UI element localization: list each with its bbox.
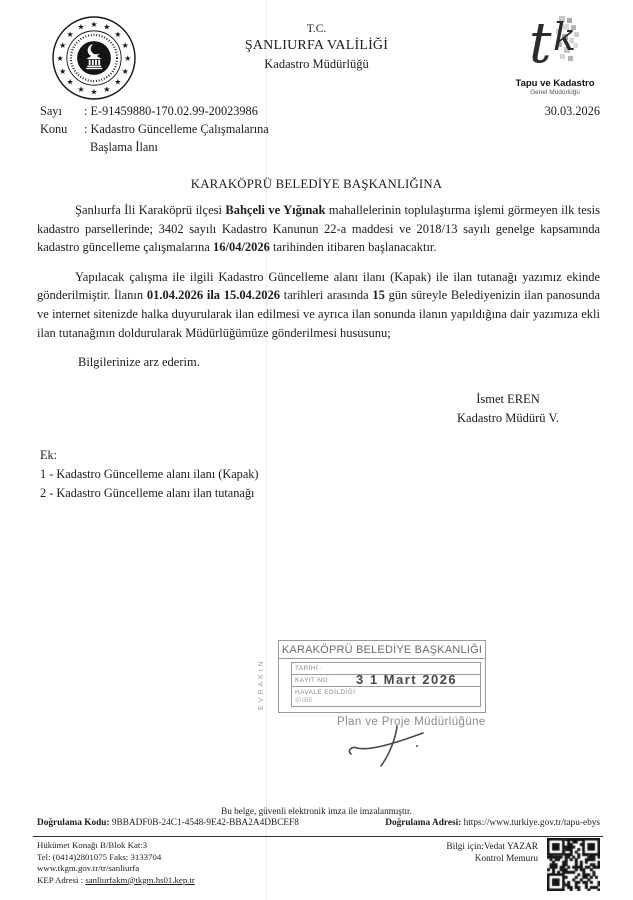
address-line: Hükümet Konağı B/Blok Kat:3 <box>37 840 195 852</box>
konu-row: Konu : Kadastro Güncelleme Çalışmalarına <box>40 120 600 138</box>
verify-address: Doğrulama Adresi: https://www.turkiye.go… <box>385 818 600 828</box>
tk-logo-title: Tapu ve Kadastro <box>505 78 605 89</box>
handwritten-signature-icon <box>345 724 437 775</box>
stamp-title: KARAKÖPRÜ BELEDİYE BAŞKANLIĞI <box>279 641 485 659</box>
tk-logo-subtitle: Genel Müdürlüğü <box>505 89 605 96</box>
stamp-row-havale: HAVALE EDİLDİĞİ ŞUBE <box>292 687 480 706</box>
document-meta: 30.03.2026 Sayı : E-91459880-170.02.99-2… <box>40 102 600 156</box>
kep-label: KEP Adresi : <box>37 875 85 885</box>
verify-address-label: Doğrulama Adresi: <box>385 818 461 828</box>
letterhead-office: ŞANLIURFA VALİLİĞİ <box>150 37 483 55</box>
letterhead-tc: T.C. <box>150 22 483 37</box>
body-paragraph-2: Yapılacak çalışma ile ilgili Kadastro Gü… <box>37 268 600 342</box>
document-date: 30.03.2026 <box>545 102 600 120</box>
svg-text:★: ★ <box>90 88 97 97</box>
verify-code-value: 9BBADF0B-24C1-4548-9E42-BBA2A4DBCEF8 <box>110 818 299 828</box>
verify-address-value: https://www.turkiye.gov.tr/tapu-ebys <box>461 818 600 828</box>
letterhead-department: Kadastro Müdürlüğü <box>150 56 483 73</box>
signature-block: İsmet EREN Kadastro Müdürü V. <box>423 390 593 427</box>
verify-row: Doğrulama Kodu: 9BBADF0B-24C1-4548-9E42-… <box>37 818 600 828</box>
p1-text-1: Şanlıurfa İli Karaköprü ilçesi <box>75 203 225 217</box>
sayi-label: Sayı <box>40 102 84 120</box>
municipality-received-stamp: KARAKÖPRÜ BELEDİYE BAŞKANLIĞI TARİHİ : K… <box>278 640 486 713</box>
stamp-vertical-text: EVRAKIN <box>258 660 265 710</box>
signer-title: Kadastro Müdürü V. <box>423 409 593 428</box>
qr-code <box>547 838 600 891</box>
konu-label: Konu <box>40 120 84 138</box>
verify-code-label: Doğrulama Kodu: <box>37 818 110 828</box>
stamp-table: TARİHİ : KAYIT NO : HAVALE EDİLDİĞİ ŞUBE… <box>291 662 481 707</box>
letter-body: Şanlıurfa İli Karaköprü ilçesi Bahçeli v… <box>37 201 600 372</box>
address-line: Tel: (0414)2801075 Faks: 3133704 <box>37 852 195 864</box>
svg-text:★: ★ <box>59 41 66 50</box>
sayi-row: Sayı : E-91459880-170.02.99-20023986 <box>40 102 600 120</box>
svg-text:★: ★ <box>77 85 84 94</box>
svg-text:★: ★ <box>77 23 84 32</box>
contact-block: Bilgi için:Vedat YAZAR Kontrol Memuru <box>446 842 538 865</box>
p1-text-3: tarihinden itibaren başlanacaktır. <box>270 240 437 254</box>
address-line: www.tkgm.gov.tr/tr/sanliurfa <box>37 863 195 875</box>
contact-title: Kontrol Memuru <box>446 854 538 866</box>
esign-note: Bu belge, güvenli elektronik imza ile im… <box>0 806 633 816</box>
sayi-value: : E-91459880-170.02.99-20023986 <box>84 102 258 120</box>
p1-bold-1: Bahçeli ve Yığınak <box>225 203 325 217</box>
stamp-sube-label: ŞUBE <box>295 698 477 704</box>
stamp-havale-label: HAVALE EDİLDİĞİ <box>295 689 477 696</box>
p1-bold-2: 16/04/2026 <box>213 240 270 254</box>
office-address-block: Hükümet Konağı B/Blok Kat:3 Tel: (0414)2… <box>37 840 195 886</box>
svg-text:★: ★ <box>90 20 97 29</box>
kep-address-line: KEP Adresi : sanliurfakm@tkgm.hs01.kep.t… <box>37 875 195 887</box>
kep-value: sanliurfakm@tkgm.hs01.kep.tr <box>85 875 195 885</box>
body-paragraph-1: Şanlıurfa İli Karaköprü ilçesi Bahçeli v… <box>37 201 600 257</box>
attachments-label: Ek: <box>40 446 259 465</box>
recipient-title: KARAKÖPRÜ BELEDİYE BAŞKANLIĞINA <box>0 177 633 192</box>
tapu-kadastro-logo: t k Tapu ve Kadastro Genel Müdürlüğü <box>505 14 605 96</box>
svg-text:t: t <box>529 14 552 72</box>
svg-text:★: ★ <box>114 30 121 39</box>
svg-text:★: ★ <box>114 78 121 87</box>
tk-monogram-icon: t k <box>519 14 591 72</box>
svg-text:★: ★ <box>103 23 110 32</box>
attachment-item: 1 - Kadastro Güncelleme alanı ilanı (Kap… <box>40 465 259 484</box>
svg-text:★: ★ <box>122 41 129 50</box>
government-seal-icon: ★★★★★★★★★★★★★★★★ <box>52 16 136 105</box>
verify-code: Doğrulama Kodu: 9BBADF0B-24C1-4548-9E42-… <box>37 818 299 828</box>
svg-text:★: ★ <box>59 67 66 76</box>
p2-text-2: tarihleri arasında <box>280 288 372 302</box>
svg-text:★: ★ <box>124 54 131 63</box>
svg-text:k: k <box>553 15 576 59</box>
svg-text:★: ★ <box>57 54 64 63</box>
p2-bold-2: 15 <box>372 288 385 302</box>
svg-text:★: ★ <box>66 78 73 87</box>
closing-line: Bilgilerinize arz ederim. <box>37 353 600 372</box>
konu-value-line1: : Kadastro Güncelleme Çalışmalarına <box>84 120 269 138</box>
letterhead: T.C. ŞANLIURFA VALİLİĞİ Kadastro Müdürlü… <box>150 22 483 72</box>
svg-text:★: ★ <box>66 30 73 39</box>
document-page: ★★★★★★★★★★★★★★★★ T.C. ŞANLIURFA VALİLİĞİ… <box>0 0 633 900</box>
konu-value-line2: Başlama İlanı <box>90 138 600 156</box>
svg-text:★: ★ <box>103 85 110 94</box>
p2-bold-1: 01.04.2026 ila 15.04.2026 <box>147 288 280 302</box>
contact-name: Bilgi için:Vedat YAZAR <box>446 842 538 854</box>
stamp-date: 3 1 Mart 2026 <box>356 672 457 687</box>
footer-divider <box>33 836 603 837</box>
signer-name: İsmet EREN <box>423 390 593 409</box>
attachments-block: Ek: 1 - Kadastro Güncelleme alanı ilanı … <box>40 446 259 503</box>
attachment-item: 2 - Kadastro Güncelleme alanı ilan tutan… <box>40 484 259 503</box>
svg-text:★: ★ <box>122 67 129 76</box>
